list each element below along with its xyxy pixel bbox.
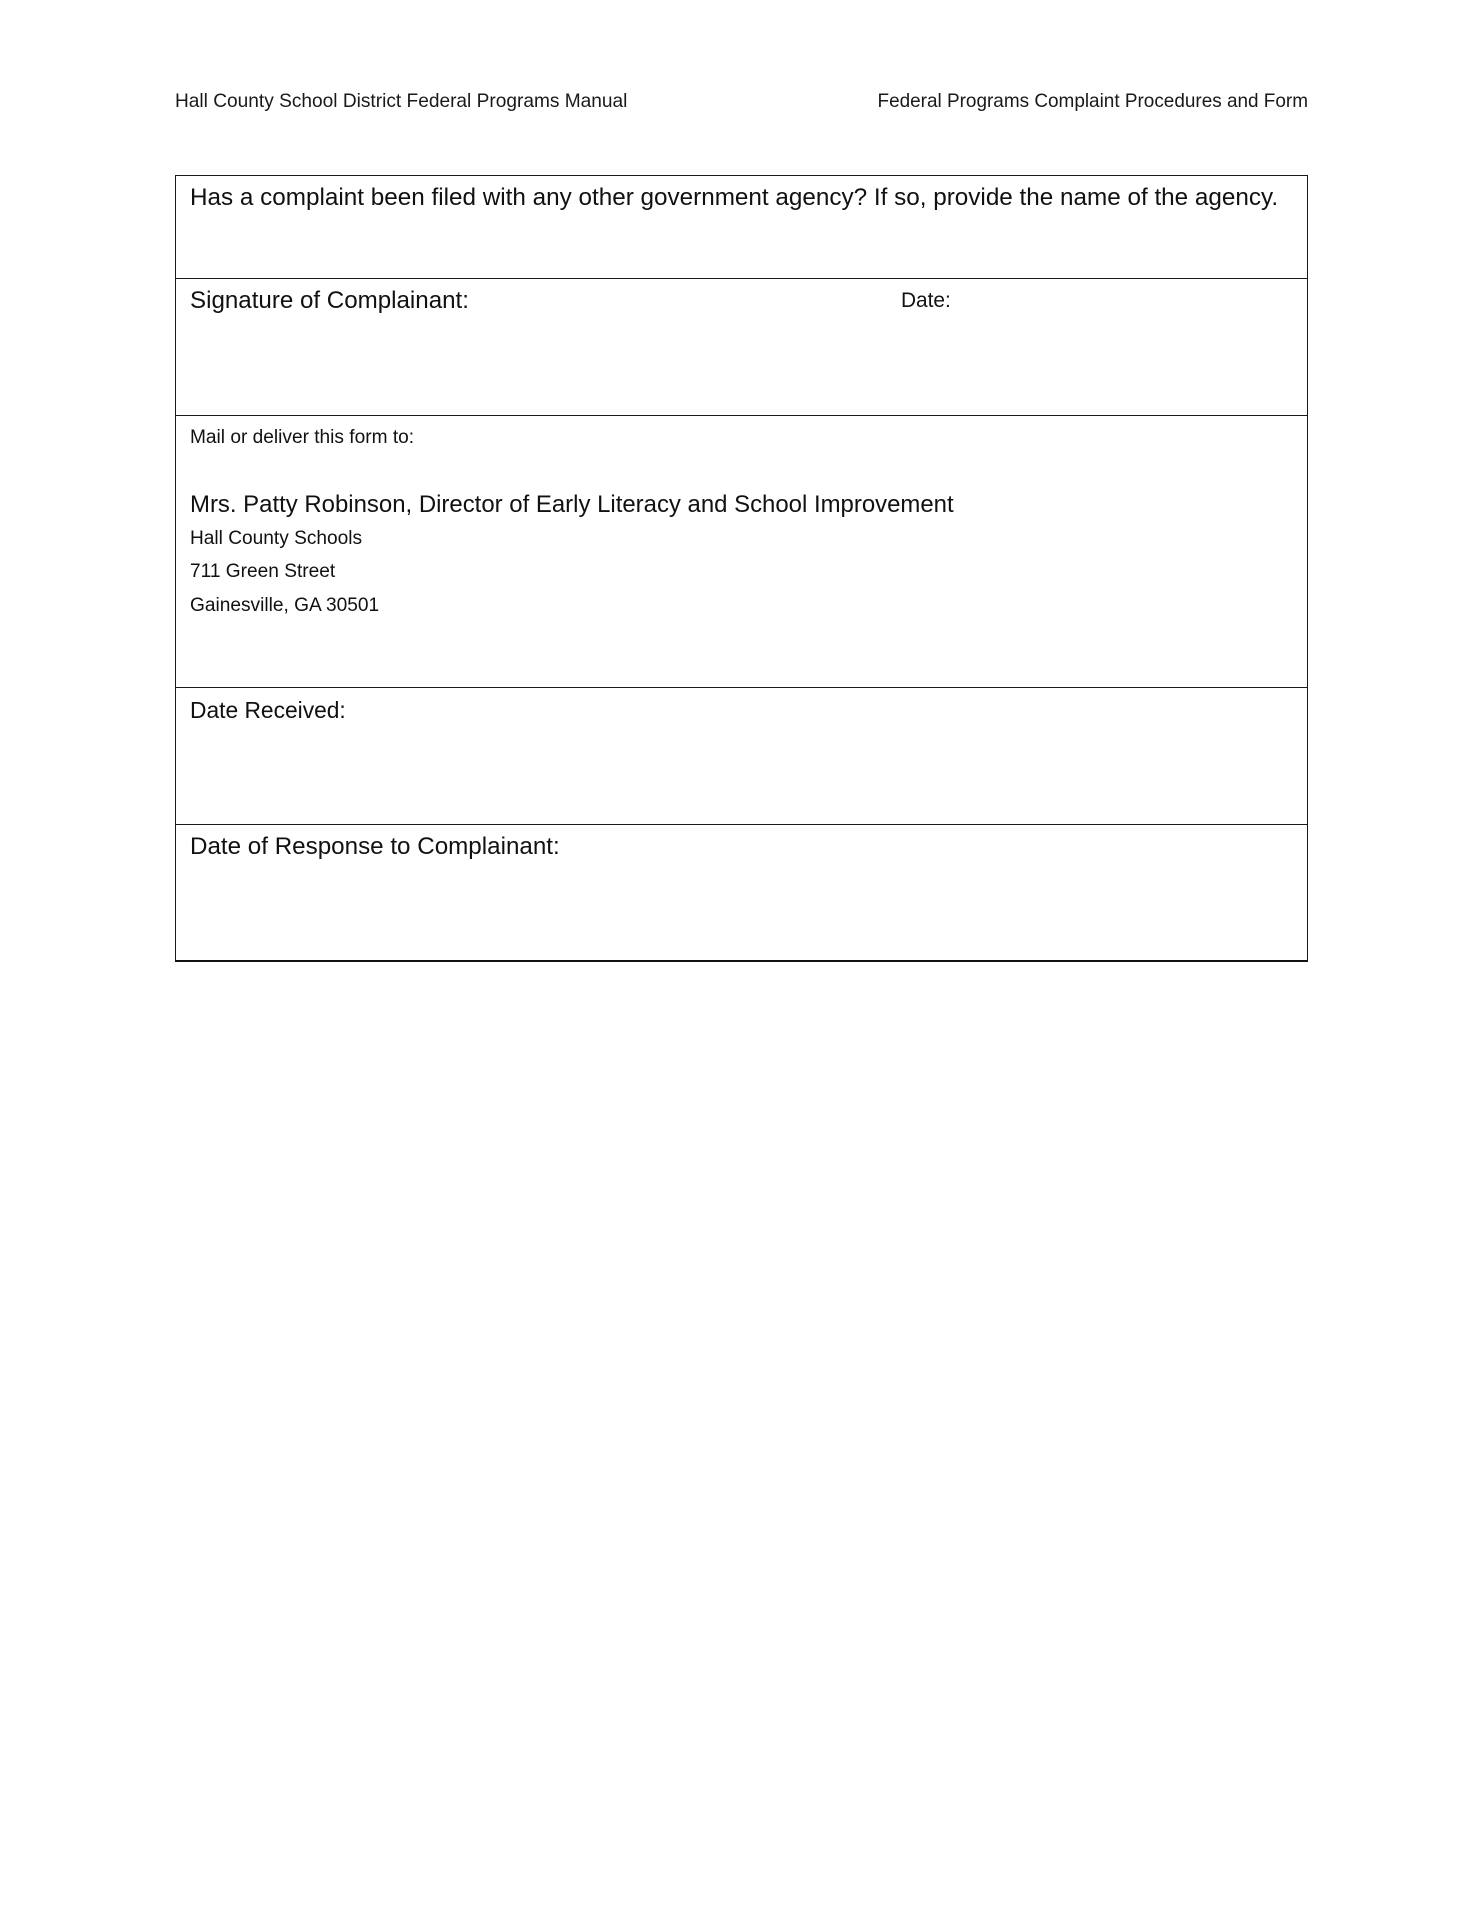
address-organization: Hall County Schools (190, 522, 954, 556)
signature-row: Signature of Complainant: Date: (176, 278, 1307, 415)
address-city-state-zip: Gainesville, GA 30501 (190, 589, 954, 623)
address-recipient: Mrs. Patty Robinson, Director of Early L… (190, 488, 954, 522)
date-of-response-label: Date of Response to Complainant: (190, 830, 560, 864)
other-agency-label: Has a complaint been filed with any othe… (190, 181, 1278, 215)
signature-date-label: Date: (901, 284, 951, 318)
mailing-address-row: Mail or deliver this form to: Mrs. Patty… (176, 415, 1307, 687)
other-agency-row[interactable]: Has a complaint been filed with any othe… (176, 176, 1307, 278)
date-received-label: Date Received: (190, 693, 346, 727)
mailing-address-block: Mail or deliver this form to: Mrs. Patty… (190, 421, 954, 622)
date-received-row[interactable]: Date Received: (176, 687, 1307, 824)
complaint-form-table: Has a complaint been filed with any othe… (175, 175, 1308, 962)
page-header: Hall County School District Federal Prog… (175, 89, 1308, 115)
signature-label: Signature of Complainant: (190, 284, 469, 318)
mail-instruction-label: Mail or deliver this form to: (190, 421, 954, 455)
address-street: 711 Green Street (190, 555, 954, 589)
header-manual-title: Hall County School District Federal Prog… (175, 89, 627, 115)
header-section-title: Federal Programs Complaint Procedures an… (878, 89, 1308, 115)
date-of-response-row[interactable]: Date of Response to Complainant: (176, 824, 1307, 960)
blank-line (190, 455, 954, 489)
